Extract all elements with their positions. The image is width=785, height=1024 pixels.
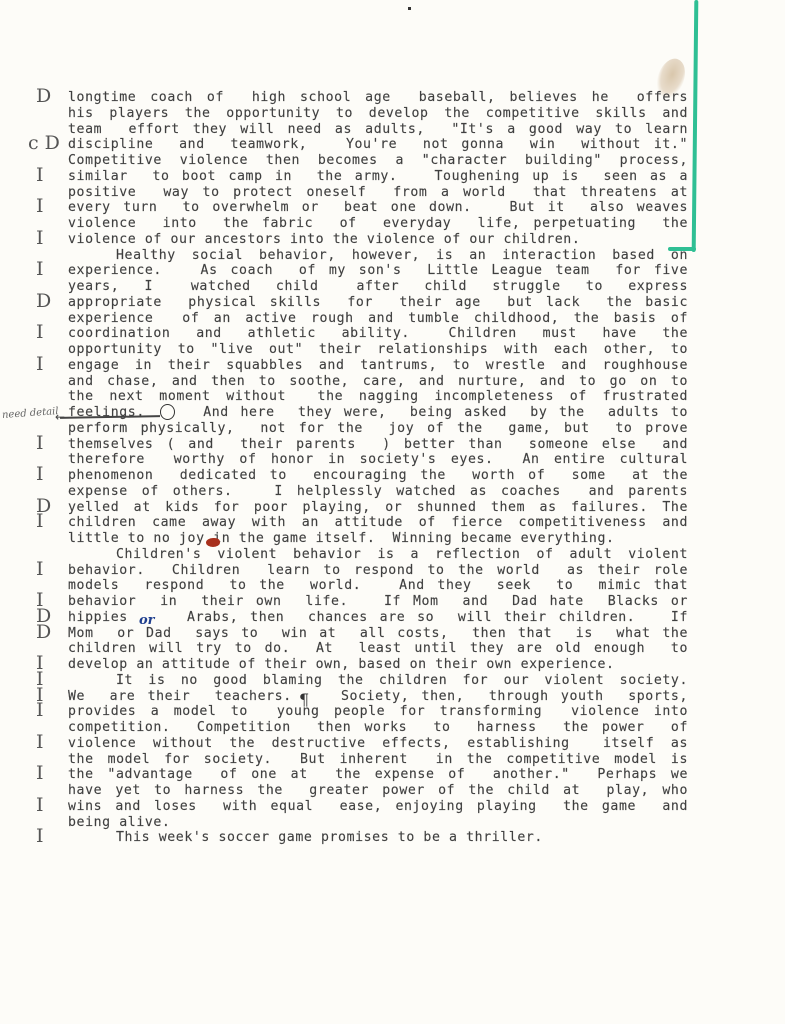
text-line: Healthy social behavior, however, is an …	[68, 248, 688, 264]
text-line: appropriate physical skills for their ag…	[68, 295, 688, 311]
text-line: themselves ( and their parents ) better …	[68, 437, 688, 453]
text-line: years, I watched child after child strug…	[68, 279, 688, 295]
grading-mark: I	[36, 166, 44, 185]
text-line: This week's soccer game promises to be a…	[68, 830, 688, 846]
text-line: competition. Competition then works to h…	[68, 720, 688, 736]
text-line: It is no good blaming the children for o…	[68, 673, 688, 689]
text-line: phenomenon dedicated to encouraging the …	[68, 468, 688, 484]
grading-mark: I	[36, 229, 44, 248]
text-line: violence into the fabric of everyday lif…	[68, 216, 688, 232]
text-line: behavior. Children learn to respond to t…	[68, 563, 688, 579]
text-line: similar to boot camp in the army. Toughe…	[68, 169, 688, 185]
text-line: longtime coach of high school age baseba…	[68, 90, 688, 106]
text-line: hippies Arabs, then chances are so will …	[68, 610, 688, 626]
grading-mark: I	[36, 434, 44, 453]
text-line: models respond to the world. And they se…	[68, 578, 688, 594]
grading-mark: I	[36, 512, 44, 531]
circle-mark	[160, 404, 175, 420]
grading-mark: I	[36, 827, 44, 846]
text-line: and chase, and then to soothe, care, and…	[68, 374, 688, 390]
text-line: positive way to protect oneself from a w…	[68, 185, 688, 201]
grading-mark: I	[36, 796, 44, 815]
text-line: children will try to do. At least until …	[68, 641, 688, 657]
text-line: experience of an active rough and tumble…	[68, 311, 688, 327]
paragraph-mark-icon: ¶	[299, 690, 309, 709]
text-line: violence without the destructive effects…	[68, 736, 688, 752]
text-line: every turn to overwhelm or beat one down…	[68, 200, 688, 216]
grading-mark: c D	[28, 134, 60, 153]
text-line: wins and loses with equal ease, enjoying…	[68, 799, 688, 815]
green-bracket-vertical	[692, 0, 699, 252]
text-line: expense of others. I helplessly watched …	[68, 484, 688, 500]
text-line: Children's violent behavior is a reflect…	[68, 547, 688, 563]
grading-mark: D	[36, 623, 51, 642]
red-stain	[206, 538, 220, 547]
text-line: Competitive violence then becomes a "cha…	[68, 153, 688, 169]
speck	[408, 7, 411, 10]
grading-mark: I	[36, 355, 44, 374]
text-line: develop an attitude of their own, based …	[68, 657, 688, 673]
grading-mark: I	[36, 260, 44, 279]
grading-mark: I	[36, 197, 44, 216]
text-line: opportunity to "live out" their relation…	[68, 342, 688, 358]
text-line: engage in their squabbles and tantrums, …	[68, 358, 688, 374]
margin-note-text: need detail	[2, 406, 59, 421]
text-line: perform physically, not for the joy of t…	[68, 421, 688, 437]
text-line: the model for society. But inherent in t…	[68, 752, 688, 768]
text-line: his players the opportunity to develop t…	[68, 106, 688, 122]
document-page: longtime coach of high school age baseba…	[0, 0, 785, 1024]
text-line: the next moment without the nagging inco…	[68, 389, 688, 405]
text-line: We are their teachers. Society, then, th…	[68, 689, 688, 705]
inserted-word-or: or	[139, 613, 155, 628]
grading-mark: D	[36, 292, 51, 311]
text-line: experience. As coach of my son's Little …	[68, 263, 688, 279]
text-line: being alive.	[68, 815, 688, 831]
text-line: little to no joy in the game itself. Win…	[68, 531, 688, 547]
grading-mark: I	[36, 323, 44, 342]
grading-mark: I	[36, 764, 44, 783]
grading-mark: I	[36, 701, 44, 720]
margin-note-need-detail: need detail	[2, 406, 59, 421]
grading-mark: I	[36, 560, 44, 579]
grading-mark: I	[36, 733, 44, 752]
text-line: Mom or Dad says to win at all costs, the…	[68, 626, 688, 642]
text-line: the "advantage of one at the expense of …	[68, 767, 688, 783]
text-line: team effort they will need as adults, "I…	[68, 122, 688, 138]
text-line: coordination and athletic ability. Child…	[68, 326, 688, 342]
text-line: therefore worthy of honor in society's e…	[68, 452, 688, 468]
text-line: behavior in their own life. If Mom and D…	[68, 594, 688, 610]
grading-mark: D	[36, 87, 51, 106]
text-line: have yet to harness the greater power of…	[68, 783, 688, 799]
text-line: yelled at kids for poor playing, or shun…	[68, 500, 688, 516]
text-line: discipline and teamwork, You're not gonn…	[68, 137, 688, 153]
text-line: provides a model to young people for tra…	[68, 704, 688, 720]
grading-mark: I	[36, 465, 44, 484]
text-line: violence of our ancestors into the viole…	[68, 232, 688, 248]
text-line: children came away with an attitude of f…	[68, 515, 688, 531]
